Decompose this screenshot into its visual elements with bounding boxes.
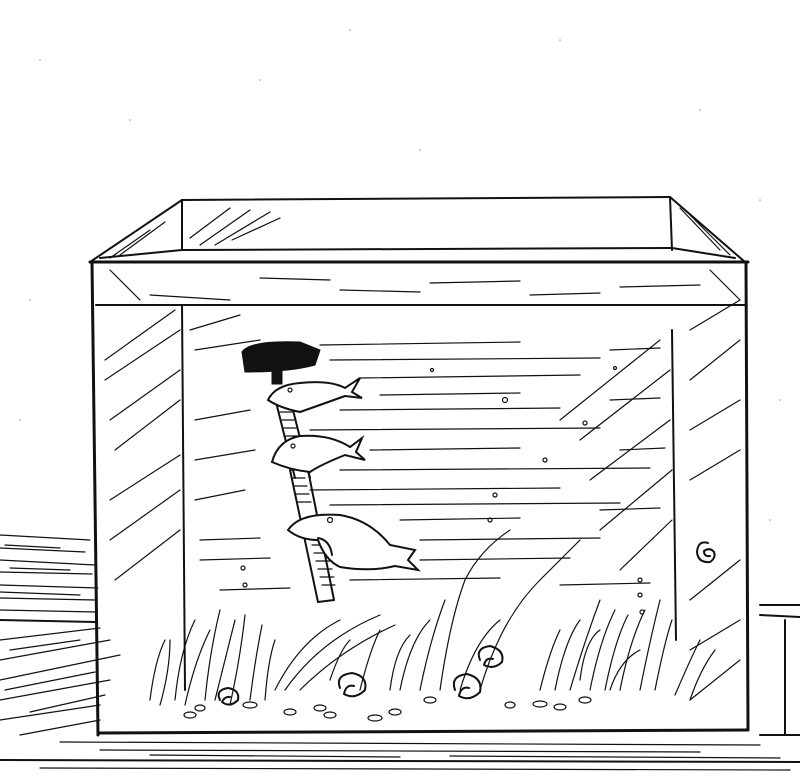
pebbles [184,697,591,721]
table-surface [0,535,800,770]
glass-tank [90,197,748,735]
aquarium-illustration [0,0,800,776]
screw-with-hammer-head [242,342,335,602]
snail-shells [219,646,503,705]
fish [288,515,418,570]
paper-speckles [19,29,781,521]
wall-snail [697,542,715,562]
water-plants [150,530,715,705]
fish [272,436,365,472]
